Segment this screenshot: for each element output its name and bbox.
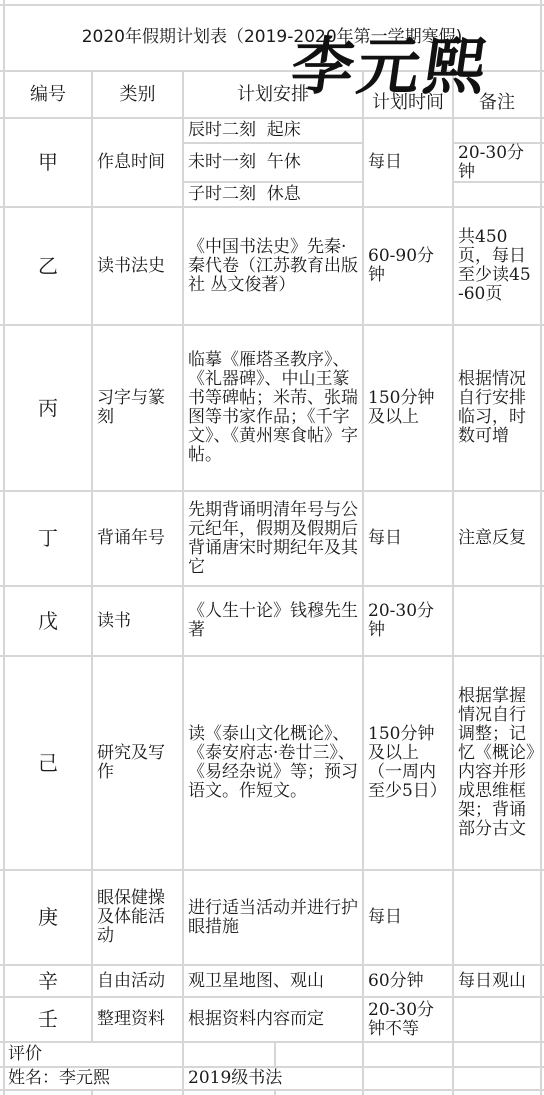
row-notes bbox=[454, 587, 540, 655]
row-time: 20-30分钟不等 bbox=[364, 998, 452, 1041]
plan-table: 2020年假期计划表（2019-2020年第一学期寒假) 编号 类别 计划安排 … bbox=[0, 0, 544, 1095]
grid-line bbox=[91, 1089, 93, 1095]
row-plan: 先期背诵明清年号与公元纪年，假期及假期后背诵唐宋时期纪年及其它 bbox=[184, 492, 362, 585]
row-time: 每日 bbox=[364, 119, 452, 206]
row-plan: 临摹《雁塔圣教序》、《礼器碑》、中山王篆书等碑帖；米芾、张瑞图等书家作品；《千字… bbox=[184, 326, 362, 490]
row-category: 作息时间 bbox=[93, 119, 182, 206]
header-notes: 备注 bbox=[454, 88, 540, 116]
row-plan: 《人生十论》钱穆先生著 bbox=[184, 587, 362, 655]
row-time: 60-90分钟 bbox=[364, 208, 452, 324]
row-notes: 注意反复 bbox=[454, 492, 540, 585]
row-notes bbox=[454, 998, 540, 1041]
grid-line bbox=[274, 1041, 276, 1066]
row-code: 乙 bbox=[5, 208, 91, 324]
row-category: 整理资料 bbox=[93, 998, 182, 1041]
row-plan-line: 未时一刻 午休 bbox=[184, 144, 362, 181]
class-label: 2019级书法 bbox=[184, 1068, 362, 1089]
row-category: 背诵年号 bbox=[93, 492, 182, 585]
row-time: 150分钟及以上（一周内至少5日） bbox=[364, 657, 452, 869]
row-notes: 根据情况自行安排临习，时数可增 bbox=[454, 326, 540, 490]
row-category: 读书 bbox=[93, 587, 182, 655]
evaluation-label: 评价 bbox=[5, 1043, 91, 1066]
grid-line bbox=[540, 0, 542, 1095]
row-code: 庚 bbox=[5, 871, 91, 964]
row-plan-line: 子时二刻 休息 bbox=[184, 183, 362, 206]
row-time: 60分钟 bbox=[364, 966, 452, 996]
row-category: 读书法史 bbox=[93, 208, 182, 324]
grid-line bbox=[0, 4, 544, 6]
row-plan: 《中国书法史》先秦·秦代卷（江苏教育出版社 丛文俊著） bbox=[184, 208, 362, 324]
row-code: 丙 bbox=[5, 326, 91, 490]
page-title: 2020年假期计划表（2019-2020年第一学期寒假) bbox=[4, 18, 540, 56]
row-code: 辛 bbox=[5, 966, 91, 996]
row-notes: 共450页，每日至少读45-60页 bbox=[454, 208, 540, 324]
row-notes: 根据掌握情况自行调整；记忆《概论》内容并形成思维框架；背诵部分古文 bbox=[454, 657, 540, 869]
row-notes: 20-30分钟 bbox=[454, 144, 540, 181]
header-plan: 计划安排 bbox=[184, 72, 362, 117]
row-plan: 进行适当活动并进行护眼措施 bbox=[184, 871, 362, 964]
row-category: 自由活动 bbox=[93, 966, 182, 996]
row-plan: 读《泰山文化概论》、《泰安府志·卷廿三》、《易经杂说》等；预习语文。作短文。 bbox=[184, 657, 362, 869]
row-code: 戊 bbox=[5, 587, 91, 655]
grid-line bbox=[0, 1089, 544, 1091]
student-name: 姓名：李元熙 bbox=[5, 1068, 182, 1089]
row-notes: 每日观山 bbox=[454, 966, 540, 996]
row-time: 每日 bbox=[364, 871, 452, 964]
row-code: 甲 bbox=[5, 119, 91, 206]
row-code: 壬 bbox=[5, 998, 91, 1041]
header-time: 计划时间 bbox=[364, 88, 452, 116]
row-time: 每日 bbox=[364, 492, 452, 585]
row-category: 研究及写作 bbox=[93, 657, 182, 869]
row-notes bbox=[454, 871, 540, 964]
row-code: 己 bbox=[5, 657, 91, 869]
row-category: 眼保健操及体能活动 bbox=[93, 871, 182, 964]
header-category: 类别 bbox=[93, 72, 182, 117]
row-plan: 观卫星地图、观山 bbox=[184, 966, 362, 996]
row-code: 丁 bbox=[5, 492, 91, 585]
row-category: 习字与篆刻 bbox=[93, 326, 182, 490]
row-time: 20-30分钟 bbox=[364, 587, 452, 655]
grid-line bbox=[274, 1089, 276, 1095]
header-code: 编号 bbox=[5, 72, 91, 117]
row-plan: 根据资料内容而定 bbox=[184, 998, 362, 1041]
row-plan-line: 辰时二刻 起床 bbox=[184, 119, 362, 142]
row-time: 150分钟及以上 bbox=[364, 326, 452, 490]
